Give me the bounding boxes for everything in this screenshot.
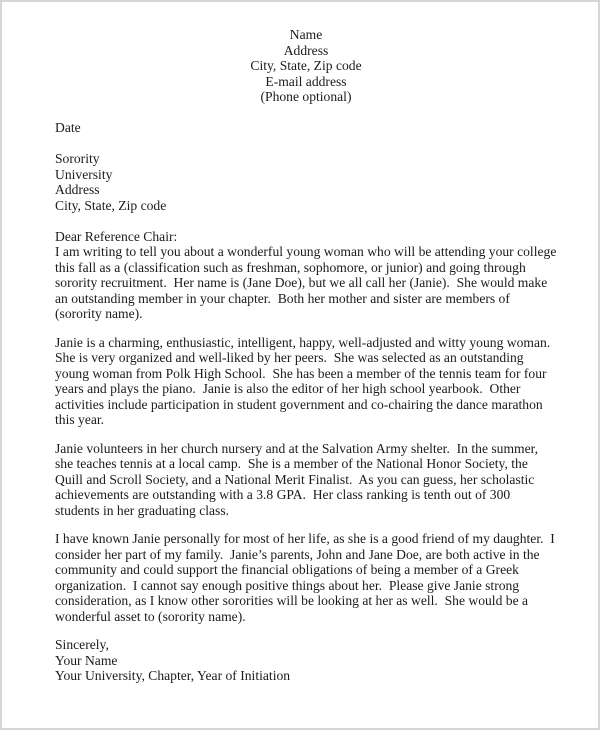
recipient-university: University (55, 167, 557, 183)
salutation: Dear Reference Chair: (55, 229, 557, 245)
paragraph-activities: Janie volunteers in her church nursery a… (55, 441, 557, 519)
recipient-address: Address (55, 182, 557, 198)
paragraph-character: Janie is a charming, enthusiastic, intel… (55, 335, 557, 428)
sender-name: Name (55, 27, 557, 43)
letter-page: Name Address City, State, Zip code E-mai… (0, 0, 600, 730)
sender-address: Address (55, 43, 557, 59)
paragraph-personal: I have known Janie personally for most o… (55, 531, 557, 624)
closing-affiliation: Your University, Chapter, Year of Initia… (55, 668, 557, 684)
recipient-sorority: Sorority (55, 151, 557, 167)
recipient-city-state-zip: City, State, Zip code (55, 198, 557, 214)
sender-email: E-mail address (55, 74, 557, 90)
sender-block: Name Address City, State, Zip code E-mai… (55, 27, 557, 105)
paragraph-intro: I am writing to tell you about a wonderf… (55, 244, 557, 322)
closing-block: Sincerely, Your Name Your University, Ch… (55, 637, 557, 684)
sender-phone: (Phone optional) (55, 89, 557, 105)
recipient-block: Sorority University Address City, State,… (55, 151, 557, 213)
date-line: Date (55, 120, 557, 136)
closing-your-name: Your Name (55, 653, 557, 669)
sender-city-state-zip: City, State, Zip code (55, 58, 557, 74)
closing-sincerely: Sincerely, (55, 637, 557, 653)
letter-body: Dear Reference Chair: I am writing to te… (55, 229, 557, 625)
